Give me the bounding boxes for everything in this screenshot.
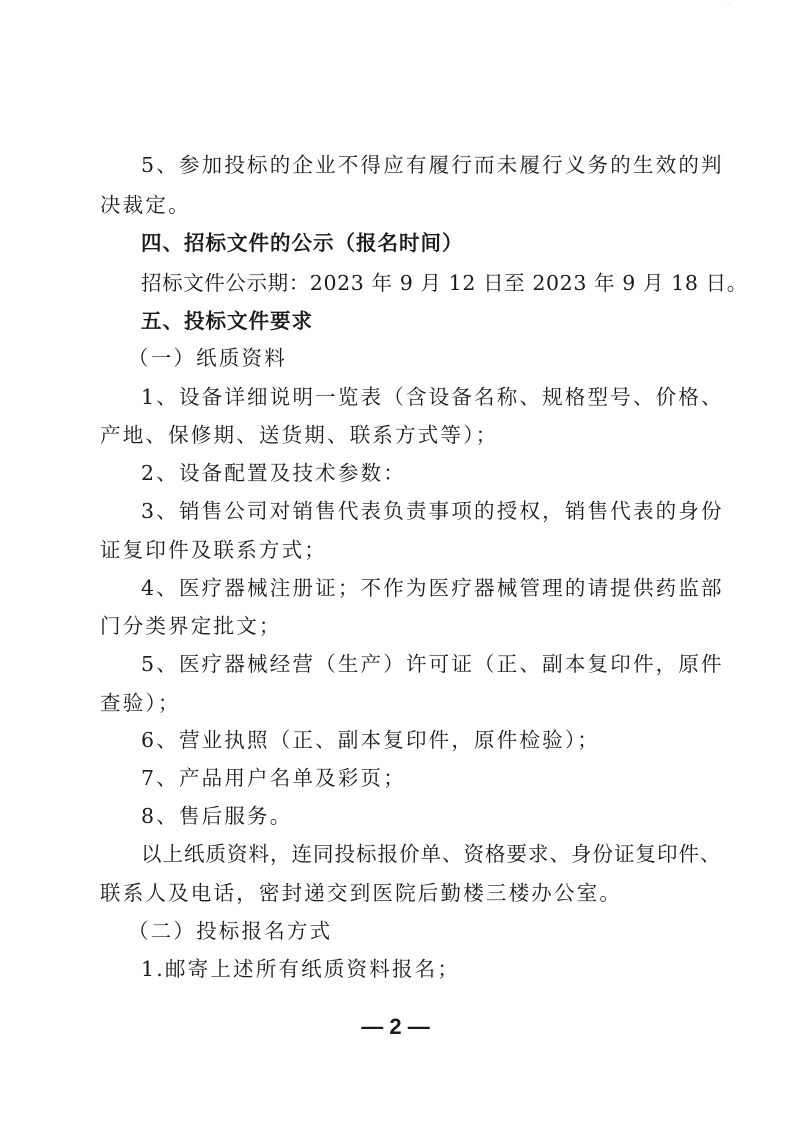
paper-item-6: 6、营业执照（正、副本复印件，原件检验）；: [141, 727, 741, 753]
document-page: · · 5、参加投标的企业不得应有履行而未履行义务的生效的判 决裁定。 四、招标…: [0, 0, 791, 1125]
publicity-period: 招标文件公示期：2023 年 9 月 12 日至 2023 年 9 月 18 日…: [141, 270, 741, 296]
paper-item-4: 4、医疗器械注册证；不作为医疗器械管理的请提供药监部: [141, 575, 741, 601]
paper-item-5-cont: 查验）；: [100, 690, 700, 716]
paper-summary-cont: 联系人及电话，密封递交到医院后勤楼三楼办公室。: [100, 880, 700, 906]
item-5-judgment-cont: 决裁定。: [100, 192, 700, 218]
paper-item-8: 8、售后服务。: [141, 803, 741, 829]
paper-item-3-cont: 证复印件及联系方式；: [100, 537, 700, 563]
paper-item-2: 2、设备配置及技术参数：: [141, 460, 741, 486]
scan-mark: · ·: [722, 2, 731, 9]
paper-item-3: 3、销售公司对销售代表负责事项的授权，销售代表的身份: [141, 498, 741, 524]
subsection-registration-method: （二）投标报名方式: [128, 918, 728, 944]
registration-item-1: 1.邮寄上述所有纸质资料报名；: [141, 956, 741, 982]
section-heading-5: 五、投标文件要求: [141, 308, 741, 334]
subsection-paper-materials: （一）纸质资料: [128, 345, 728, 371]
page-number: — 2 —: [0, 1014, 791, 1040]
paper-item-1-cont: 产地、保修期、送货期、联系方式等）；: [100, 422, 700, 448]
paper-item-1: 1、设备详细说明一览表（含设备名称、规格型号、价格、: [141, 384, 741, 410]
paper-summary: 以上纸质资料，连同投标报价单、资格要求、身份证复印件、: [141, 841, 741, 867]
paper-item-4-cont: 门分类界定批文；: [100, 613, 700, 639]
section-heading-4: 四、招标文件的公示（报名时间）: [141, 230, 741, 256]
paper-item-7: 7、产品用户名单及彩页；: [141, 765, 741, 791]
paper-item-5: 5、医疗器械经营（生产）许可证（正、副本复印件，原件: [141, 651, 741, 677]
item-5-judgment: 5、参加投标的企业不得应有履行而未履行义务的生效的判: [141, 152, 741, 178]
